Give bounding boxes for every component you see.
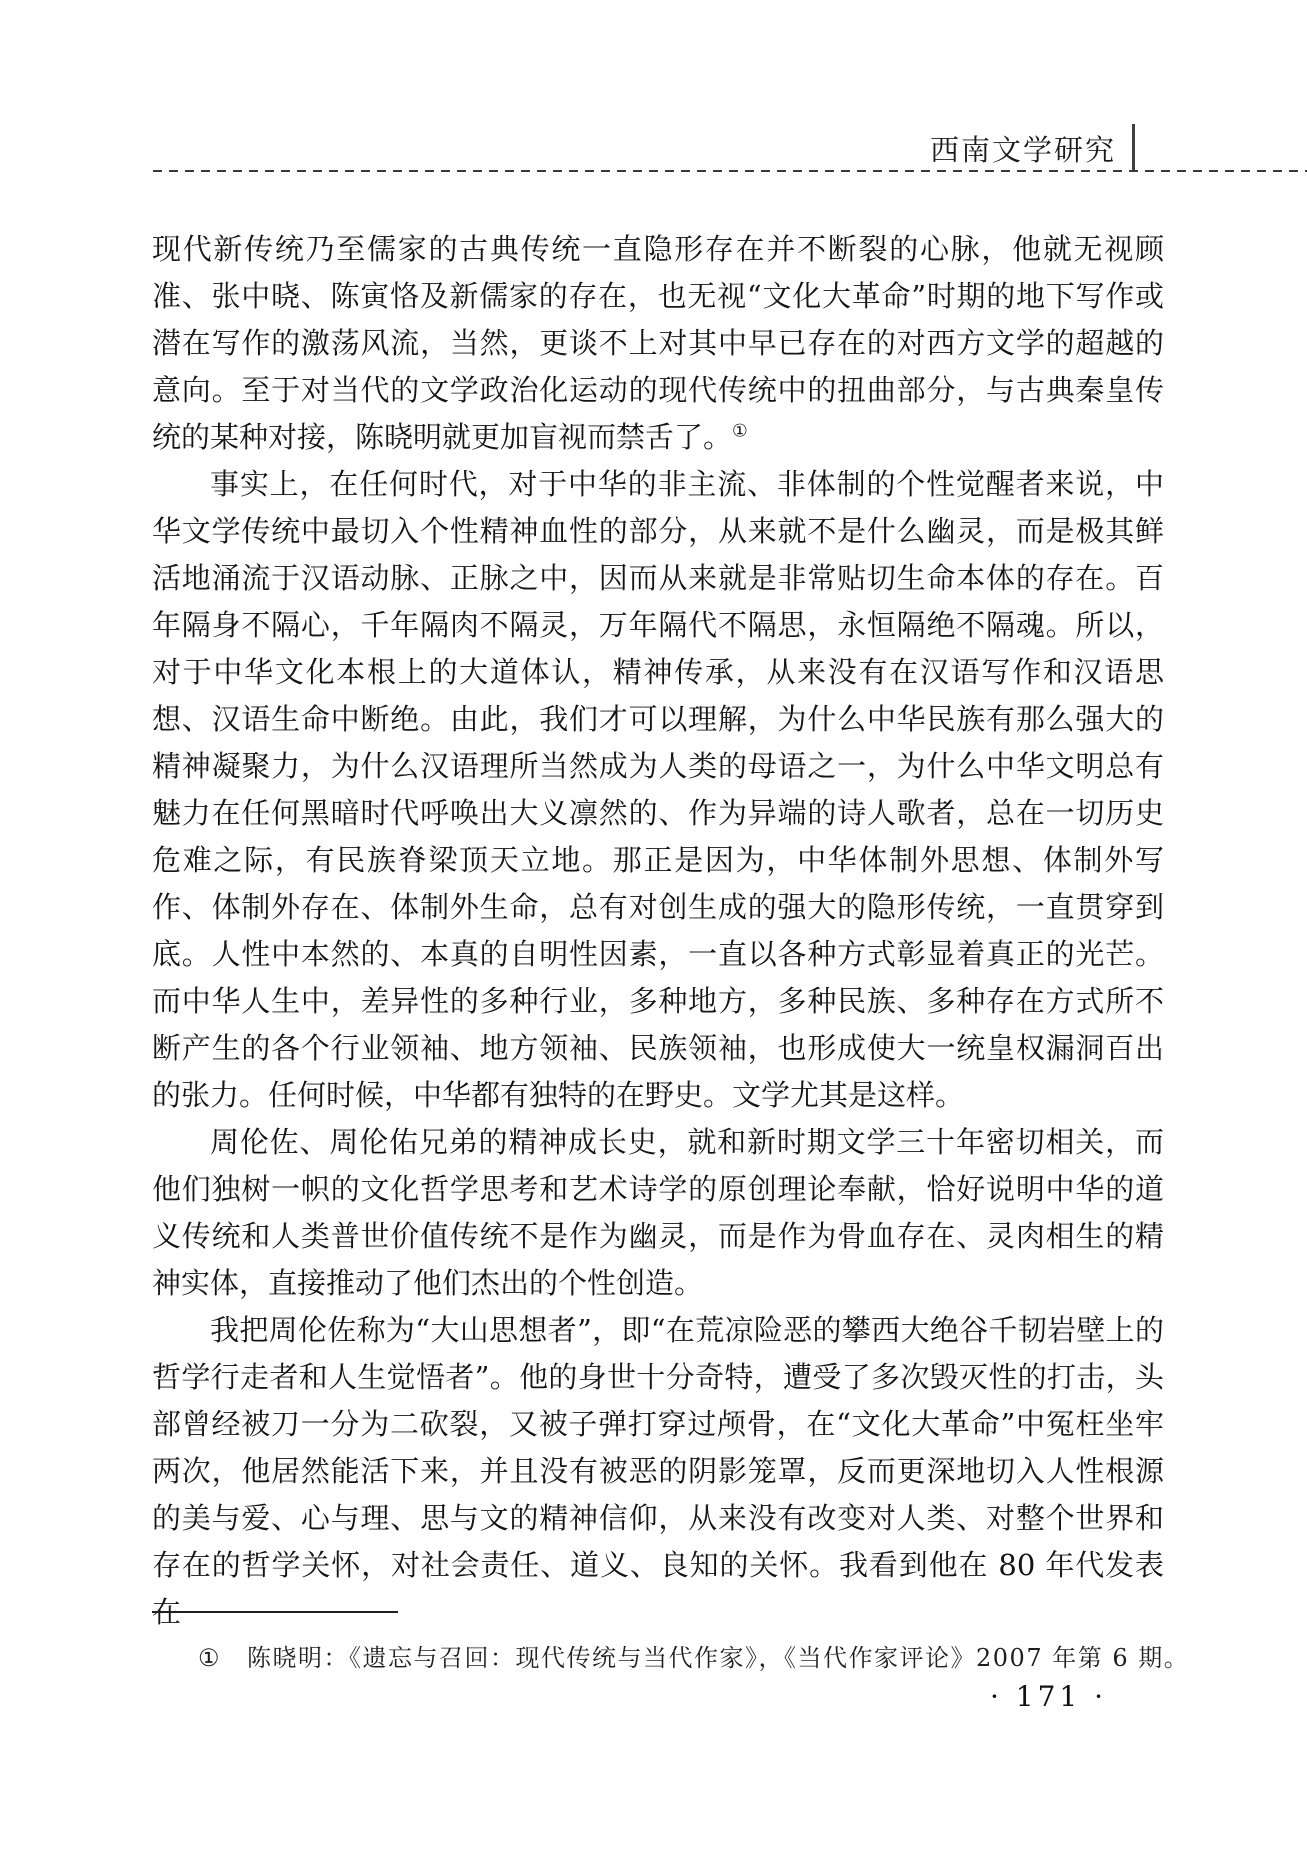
paragraph-1: 现代新传统乃至儒家的古典传统一直隐形存在并不断裂的心脉，他就无视顾准、张中晓、陈…: [152, 226, 1164, 461]
paragraph-3: 周伦佐、周伦佑兄弟的精神成长史，就和新时期文学三十年密切相关，而他们独树一帜的文…: [152, 1119, 1164, 1307]
running-head: 西南文学研究: [930, 124, 1135, 172]
footnote: ①陈晓明：《遗忘与召回：现代传统与当代作家》，《当代作家评论》2007 年第 6…: [198, 1641, 1178, 1675]
journal-title: 西南文学研究: [930, 128, 1116, 169]
page-number: · 171 ·: [990, 1680, 1107, 1713]
footnote-reference-mark: ①: [732, 421, 748, 441]
footnote-separator-rule: [152, 1611, 398, 1613]
footnote-text: 陈晓明：《遗忘与召回：现代传统与当代作家》，《当代作家评论》2007 年第 6 …: [247, 1644, 1189, 1672]
paragraph-1-text: 现代新传统乃至儒家的古典传统一直隐形存在并不断裂的心脉，他就无视顾准、张中晓、陈…: [152, 232, 1164, 454]
footnote-marker: ①: [198, 1644, 221, 1672]
book-page: 西南文学研究 现代新传统乃至儒家的古典传统一直隐形存在并不断裂的心脉，他就无视顾…: [0, 0, 1307, 1859]
paragraph-4: 我把周伦佐称为“大山思想者”，即“在荒凉险恶的攀西大绝谷千韧岩壁上的哲学行走者和…: [152, 1307, 1164, 1636]
header-dashed-rule: [153, 170, 1307, 172]
paragraph-2: 事实上，在任何时代，对于中华的非主流、非体制的个性觉醒者来说，中华文学传统中最切…: [152, 461, 1164, 1119]
article-body: 现代新传统乃至儒家的古典传统一直隐形存在并不断裂的心脉，他就无视顾准、张中晓、陈…: [152, 226, 1164, 1636]
